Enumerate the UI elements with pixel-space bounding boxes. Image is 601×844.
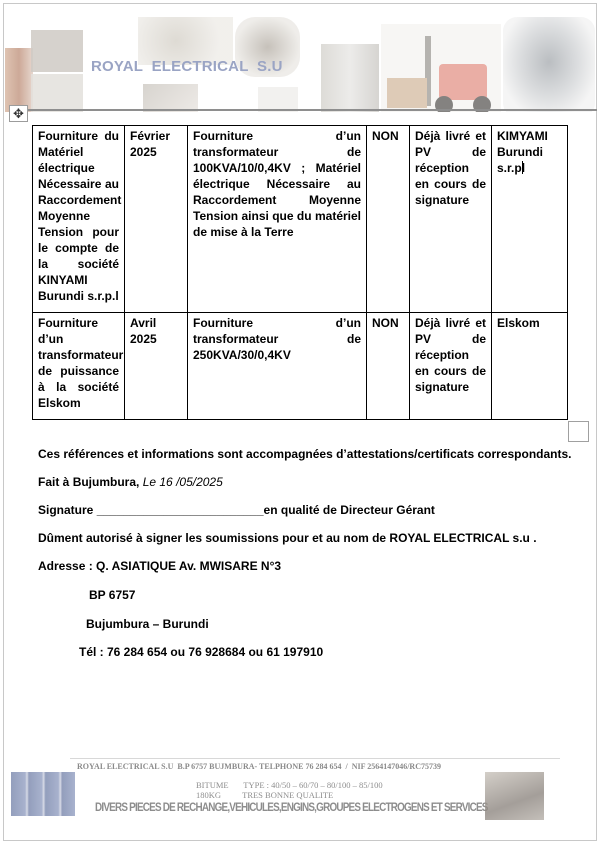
address: Adresse : Q. ASIATIQUE Av. MWISARE N°3 — [38, 559, 281, 573]
footer-slogan: DIVERS PIECES DE RECHANGE,VEHICULES,ENGI… — [95, 802, 488, 814]
road-workers-image — [485, 772, 544, 820]
electrical-component-image — [31, 74, 83, 112]
electrical-component-image — [31, 30, 83, 72]
engine-image — [503, 17, 595, 112]
signature-line: Signature _________________________en qu… — [38, 503, 435, 517]
signature-label: Signature — [38, 503, 97, 517]
company-banner-title: ROYAL ELECTRICAL S.U — [91, 58, 283, 75]
cell-client[interactable]: Elskom — [492, 313, 568, 420]
cell-objet[interactable]: Fourniture d’un transformateur de puissa… — [33, 313, 125, 420]
cell-description[interactable]: Fourniture d’un transformateur de 250KVA… — [188, 313, 367, 420]
header-banner: ROYAL ELECTRICAL S.U — [3, 12, 597, 112]
forklift-image — [381, 24, 501, 112]
signature-blank: _________________________ — [97, 503, 264, 517]
cell-client[interactable]: KIMYAMI Burundi s.r.pl — [492, 126, 568, 313]
cell-statut[interactable]: NON — [367, 313, 410, 420]
footer-address: ROYAL ELECTRICAL S.U B.P 6757 BUJMBURA- … — [77, 762, 441, 771]
footer-bitume-info: BITUME TYPE : 40/50 – 60/70 – 80/100 – 8… — [196, 780, 383, 800]
client-text-end: l — [522, 161, 525, 175]
cell-date[interactable]: Février 2025 — [125, 126, 188, 313]
bitume-quality: 180KG TRES BONNE QUALITE — [196, 790, 383, 800]
place-date-line: Fait à Bujumbura, Le 16 /05/2025 — [38, 475, 223, 489]
cell-etat[interactable]: Déjà livré et PV de réception en cours d… — [410, 126, 492, 313]
po-box: BP 6757 — [89, 588, 135, 602]
references-table: Fourniture du Matériel électrique Nécess… — [32, 125, 568, 420]
cell-statut[interactable]: NON — [367, 126, 410, 313]
place-prefix: Fait à — [38, 475, 73, 489]
table-move-handle[interactable]: ✥ — [9, 105, 28, 122]
metal-rods-image — [143, 84, 198, 112]
city: Bujumbura – Burundi — [86, 617, 209, 631]
references-note: Ces références et informations sont acco… — [38, 447, 572, 461]
table-row: Fourniture d’un transformateur de puissa… — [33, 313, 568, 420]
switchgear-cabinet-image — [321, 44, 379, 112]
header-divider — [22, 109, 597, 111]
table-resize-handle[interactable] — [568, 421, 589, 442]
move-icon: ✥ — [13, 107, 24, 120]
table-row: Fourniture du Matériel électrique Nécess… — [33, 126, 568, 313]
bitumen-barrels-image — [11, 772, 75, 816]
cables-image — [5, 48, 33, 112]
place: Bujumbura, — [73, 475, 143, 489]
footer-divider — [70, 758, 560, 759]
client-text: Elskom — [497, 316, 540, 330]
cell-etat[interactable]: Déjà livré et PV de réception en cours d… — [410, 313, 492, 420]
bitume-type: BITUME TYPE : 40/50 – 60/70 – 80/100 – 8… — [196, 780, 383, 790]
cell-objet[interactable]: Fourniture du Matériel électrique Nécess… — [33, 126, 125, 313]
authorization-statement: Dûment autorisé à signer les soumissions… — [38, 531, 537, 545]
cell-description[interactable]: Fourniture d’un transformateur de 100KVA… — [188, 126, 367, 313]
phone-numbers: Tél : 76 284 654 ou 76 928684 ou 61 1979… — [79, 645, 323, 659]
document-date: Le 16 /05/2025 — [143, 475, 223, 489]
signature-role: en qualité de Directeur Gérant — [264, 503, 435, 517]
cell-date[interactable]: Avril 2025 — [125, 313, 188, 420]
